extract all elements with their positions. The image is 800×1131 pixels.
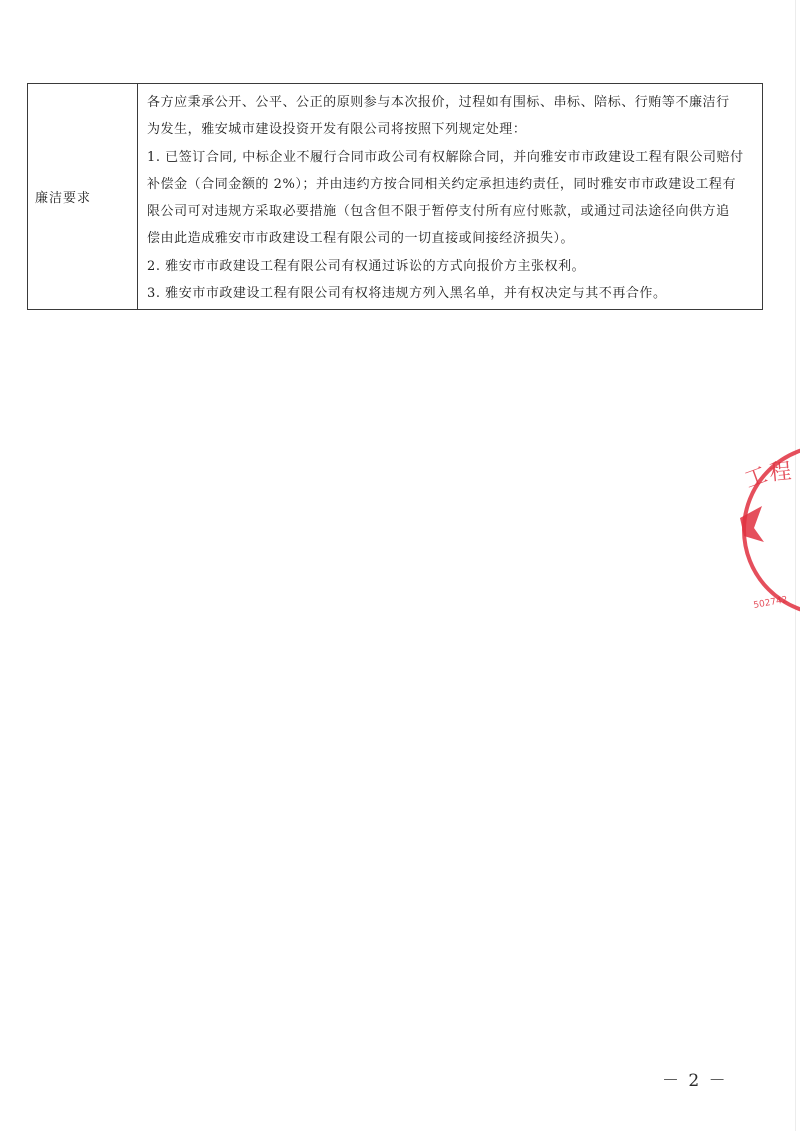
table-content-cell: 各方应秉承公开、公平、公正的原则参与本次报价，过程如有围标、串标、陪标、行贿等不… <box>138 84 762 309</box>
integrity-requirements-label: 廉洁要求 <box>35 187 91 206</box>
page-number: － 2 － <box>662 1066 728 1091</box>
content-line-2: 为发生，雅安城市建设投资开发有限公司将按照下列规定处理： <box>147 116 754 143</box>
svg-text:工: 工 <box>742 463 771 494</box>
content-line-6: 偿由此造成雅安市市政建设工程有限公司的一切直接或间接经济损失）。 <box>147 225 754 252</box>
content-line-3: 1. 已签订合同, 中标企业不履行合同市政公司有权解除合同，并向雅安市市政建设工… <box>147 144 754 171</box>
integrity-requirements-table: 廉洁要求 各方应秉承公开、公平、公正的原则参与本次报价，过程如有围标、串标、陪标… <box>27 83 763 310</box>
content-line-5: 限公司可对违规方采取必要措施（包含但不限于暂停支付所有应付账款，或通过司法途径向… <box>147 198 754 225</box>
content-line-7: 2. 雅安市市政建设工程有限公司有权通过诉讼的方式向报价方主张权利。 <box>147 253 754 280</box>
content-line-1: 各方应秉承公开、公平、公正的原则参与本次报价，过程如有围标、串标、陪标、行贿等不… <box>147 89 754 116</box>
content-line-8: 3. 雅安市市政建设工程有限公司有权将违规方列入黑名单，并有权决定与其不再合作。 <box>147 280 754 307</box>
content-line-4: 补偿金（合同金额的 2%）；并由违约方按合同相关约定承担违约责任，同时雅安市市政… <box>147 171 754 198</box>
svg-text:程: 程 <box>768 459 792 486</box>
seal-icon: 工 程 502742 <box>738 440 800 620</box>
seal-number: 502742 <box>753 595 789 611</box>
table-label-cell: 廉洁要求 <box>28 84 138 309</box>
company-seal-stamp: 工 程 502742 <box>738 440 800 620</box>
